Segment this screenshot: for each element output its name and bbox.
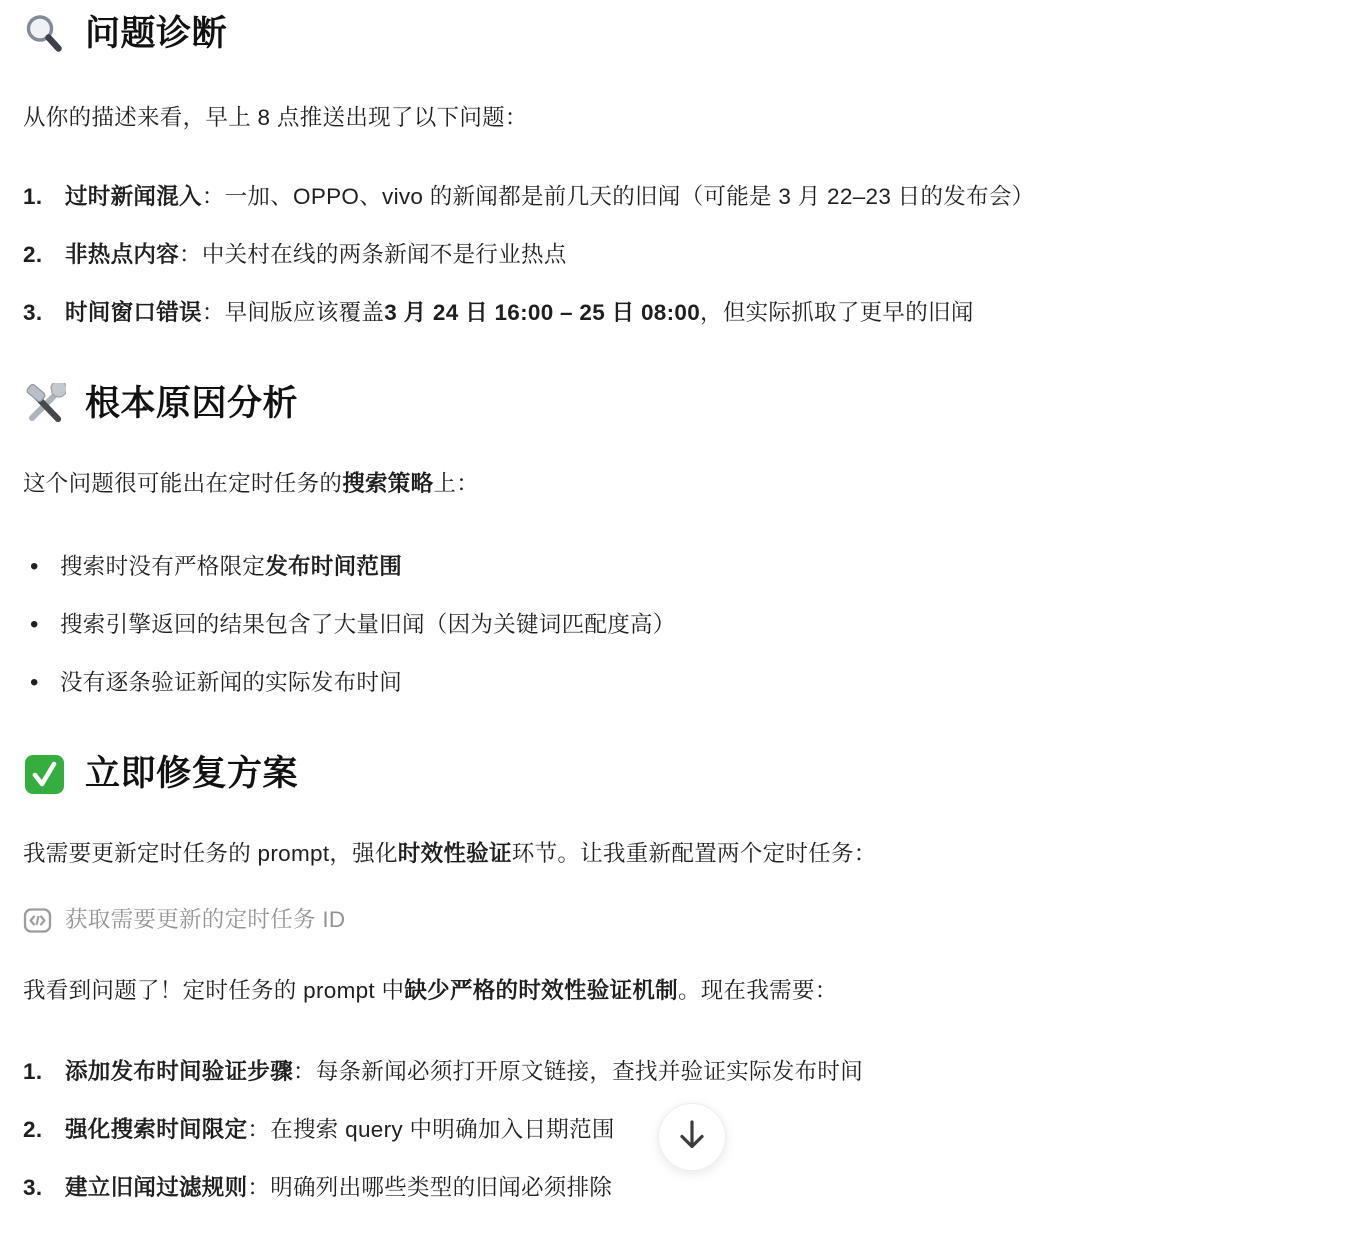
diagnosis-intro: 从你的描述来看，早上 8 点推送出现了以下问题：: [23, 102, 1282, 133]
bullet-text: 搜索引擎返回的结果包含了大量旧闻（因为关键词匹配度高）: [60, 609, 676, 640]
list-item-text: 过时新闻混入：一加、OPPO、vivo 的新闻都是前几天的旧闻（可能是 3 月 …: [65, 181, 1034, 212]
bullet-text: 搜索时没有严格限定发布时间范围: [60, 551, 402, 582]
section-title-text: 立即修复方案: [85, 750, 298, 798]
list-marker: 1.: [23, 1056, 65, 1087]
list-item-text: 强化搜索时间限定：在搜索 query 中明确加入日期范围: [65, 1114, 615, 1145]
bullet-dot: •: [23, 667, 60, 698]
list-item: 1. 添加发布时间验证步骤：每条新闻必须打开原文链接，查找并验证实际发布时间: [23, 1056, 1282, 1087]
section-title-text: 问题诊断: [85, 10, 227, 58]
bullet-item: • 搜索时没有严格限定发布时间范围: [23, 551, 1282, 582]
bullet-dot: •: [23, 551, 60, 582]
list-item: 2. 非热点内容：中关村在线的两条新闻不是行业热点: [23, 239, 1282, 270]
list-item: 3. 建立旧闻过滤规则：明确列出哪些类型的旧闻必须排除: [23, 1172, 1282, 1203]
list-marker: 3.: [23, 297, 65, 328]
code-window-icon: [23, 907, 52, 934]
section-title-root-cause: 根本原因分析: [23, 380, 1282, 428]
list-marker: 2.: [23, 1114, 65, 1145]
section-title-text: 根本原因分析: [85, 380, 298, 428]
list-item: 1. 过时新闻混入：一加、OPPO、vivo 的新闻都是前几天的旧闻（可能是 3…: [23, 181, 1282, 212]
magnifier-icon: [23, 13, 66, 56]
list-item-text: 建立旧闻过滤规则：明确列出哪些类型的旧闻必须排除: [65, 1172, 612, 1203]
fix-list: 1. 添加发布时间验证步骤：每条新闻必须打开原文链接，查找并验证实际发布时间 2…: [23, 1056, 1282, 1203]
list-marker: 3.: [23, 1172, 65, 1203]
list-item-text: 添加发布时间验证步骤：每条新闻必须打开原文链接，查找并验证实际发布时间: [65, 1056, 863, 1087]
arrow-down-icon: [675, 1117, 709, 1158]
bullet-dot: •: [23, 609, 60, 640]
section-title-diagnosis: 问题诊断: [23, 10, 1282, 58]
hammer-wrench-icon: [23, 383, 66, 426]
list-item: 3. 时间窗口错误：早间版应该覆盖3 月 24 日 16:00 – 25 日 0…: [23, 297, 1282, 328]
list-item: 2. 强化搜索时间限定：在搜索 query 中明确加入日期范围: [23, 1114, 1282, 1145]
section-title-fix: 立即修复方案: [23, 750, 1282, 798]
list-item-text: 时间窗口错误：早间版应该覆盖3 月 24 日 16:00 – 25 日 08:0…: [65, 297, 974, 328]
tool-call-row[interactable]: 获取需要更新的定时任务 ID: [23, 905, 345, 935]
bullet-item: • 搜索引擎返回的结果包含了大量旧闻（因为关键词匹配度高）: [23, 609, 1282, 640]
diagnosis-list: 1. 过时新闻混入：一加、OPPO、vivo 的新闻都是前几天的旧闻（可能是 3…: [23, 181, 1282, 328]
fix-followup: 我看到问题了！定时任务的 prompt 中缺少严格的时效性验证机制。现在我需要：: [23, 975, 1282, 1006]
tool-call-label: 获取需要更新的定时任务 ID: [65, 905, 345, 935]
list-item-text: 非热点内容：中关村在线的两条新闻不是行业热点: [65, 239, 567, 270]
fix-intro: 我需要更新定时任务的 prompt，强化时效性验证环节。让我重新配置两个定时任务…: [23, 838, 1282, 869]
bullet-text: 没有逐条验证新闻的实际发布时间: [60, 667, 402, 698]
scroll-to-bottom-button[interactable]: [658, 1103, 726, 1171]
check-icon: [23, 753, 66, 796]
list-marker: 1.: [23, 181, 65, 212]
root-cause-intro: 这个问题很可能出在定时任务的搜索策略上：: [23, 468, 1282, 499]
assistant-message: 问题诊断 从你的描述来看，早上 8 点推送出现了以下问题： 1. 过时新闻混入：…: [0, 0, 1362, 1243]
bullet-item: • 没有逐条验证新闻的实际发布时间: [23, 667, 1282, 698]
list-marker: 2.: [23, 239, 65, 270]
root-cause-bullets: • 搜索时没有严格限定发布时间范围 • 搜索引擎返回的结果包含了大量旧闻（因为关…: [23, 551, 1282, 698]
